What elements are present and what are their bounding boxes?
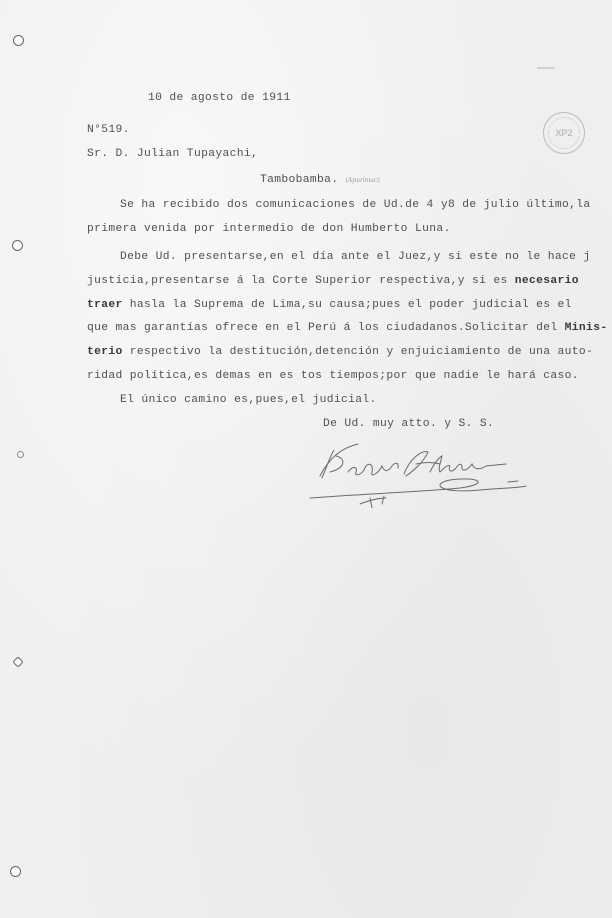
archive-stamp: XP2: [543, 112, 585, 154]
stamp-label: XP2: [555, 128, 572, 138]
closing: De Ud. muy atto. y S. S.: [323, 418, 494, 430]
faint-archive-mark: ▬▬▬: [537, 65, 555, 71]
paragraph2-line1: Debe Ud. presentarse,en el día ante el J…: [120, 251, 591, 263]
punch-hole-icon: [10, 866, 21, 877]
paragraph2-line3: traer hasla la Suprema de Lima,su causa;…: [87, 299, 572, 311]
punch-hole-icon: [17, 451, 24, 458]
handwritten-signature: [300, 438, 540, 508]
line-text-bold: terio: [87, 346, 123, 358]
line-text: que mas garantías ofrece en el Perú á lo…: [87, 322, 565, 334]
line-text: justicia,presentarse á la Corte Superior…: [87, 275, 515, 287]
letter-number: N°519.: [87, 124, 130, 136]
paragraph2-line4: que mas garantías ofrece en el Perú á lo…: [87, 322, 607, 334]
location-name: Tambobamba.: [260, 174, 338, 186]
line-text-bold: necesario: [515, 275, 579, 287]
paragraph2-line2: justicia,presentarse á la Corte Superior…: [87, 275, 579, 287]
paragraph3: El único camino es,pues,el judicial.: [120, 394, 377, 406]
document-page: ▬▬▬ XP2 10 de agosto de 1911 N°519. Sr. …: [0, 0, 612, 918]
paragraph2-line6: ridad política,es demas en es tos tiempo…: [87, 370, 579, 382]
line-text-bold: traer: [87, 299, 123, 311]
punch-hole-icon: [13, 35, 24, 46]
location: Tambobamba. (Apurímac): [260, 174, 380, 186]
punch-hole-icon: [12, 240, 23, 251]
letter-date: 10 de agosto de 1911: [148, 92, 291, 104]
paragraph1-line2: primera venida por intermedio de don Hum…: [87, 223, 451, 235]
recipient: Sr. D. Julian Tupayachi,: [87, 148, 258, 160]
location-annotation: (Apurímac): [346, 177, 380, 184]
paragraph2-line5: terio respectivo la destitución,detenció…: [87, 346, 593, 358]
paragraph1-line1: Se ha recibido dos comunicaciones de Ud.…: [120, 199, 591, 211]
line-text: respectivo la destitución,detención y en…: [123, 346, 594, 358]
line-text-bold: Minis-: [565, 322, 608, 334]
punch-hole-icon: [12, 656, 23, 667]
line-text: hasla la Suprema de Lima,su causa;pues e…: [123, 299, 572, 311]
